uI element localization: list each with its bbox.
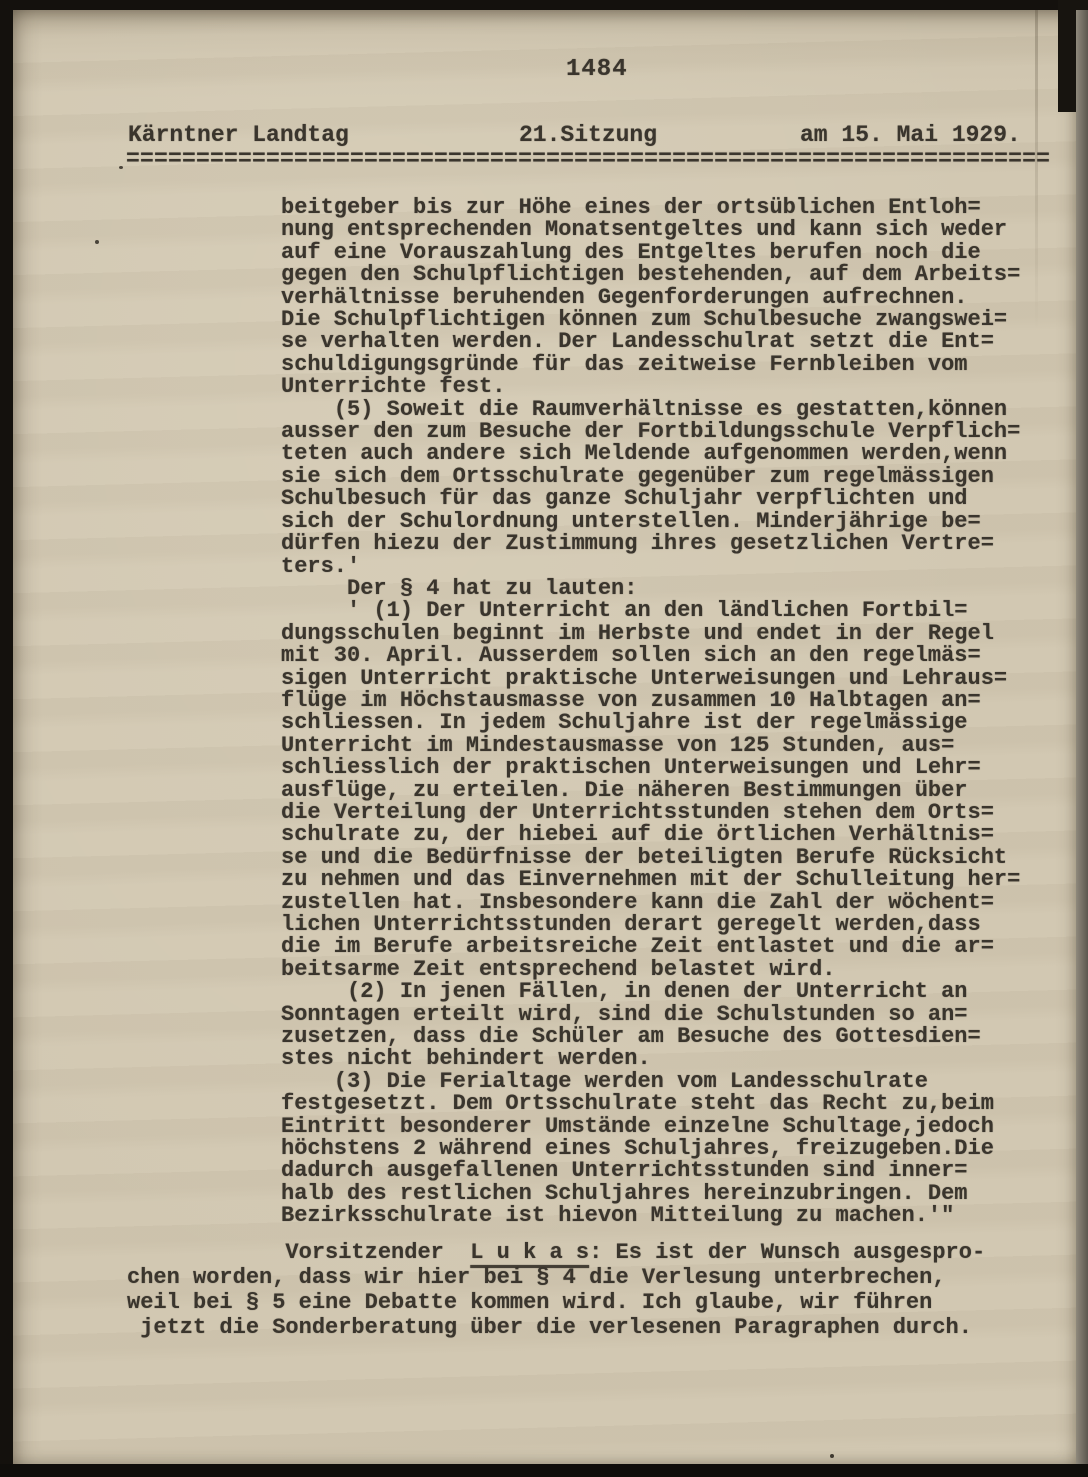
- scan-edge-top: [0, 0, 1088, 10]
- scan-edge-bottom: [0, 1464, 1088, 1477]
- scan-edge-right: [1076, 10, 1088, 1464]
- header-separator-line: ========================================…: [126, 148, 1050, 170]
- ink-speck: [830, 1454, 834, 1458]
- chairman-lead-text: Vorsitzender: [127, 1240, 470, 1265]
- chairman-paragraph: Vorsitzender L u k a s: Es ist der Wunsc…: [127, 1240, 985, 1340]
- ink-speck: [95, 240, 99, 244]
- parliament-name: Kärntner Landtag: [128, 122, 349, 148]
- scan-edge-left: [0, 0, 13, 1477]
- ink-speck: [119, 166, 123, 169]
- quoted-law-text: beitgeber bis zur Höhe eines der ortsübl…: [281, 197, 1020, 1228]
- session-number: 21.Sitzung: [519, 122, 657, 148]
- page-number: 1484: [566, 56, 628, 83]
- session-date: am 15. Mai 1929.: [800, 122, 1021, 148]
- speaker-name: L u k a s: [470, 1240, 589, 1265]
- scanned-document-page: 1484 Kärntner Landtag 21.Sitzung am 15. …: [0, 0, 1088, 1477]
